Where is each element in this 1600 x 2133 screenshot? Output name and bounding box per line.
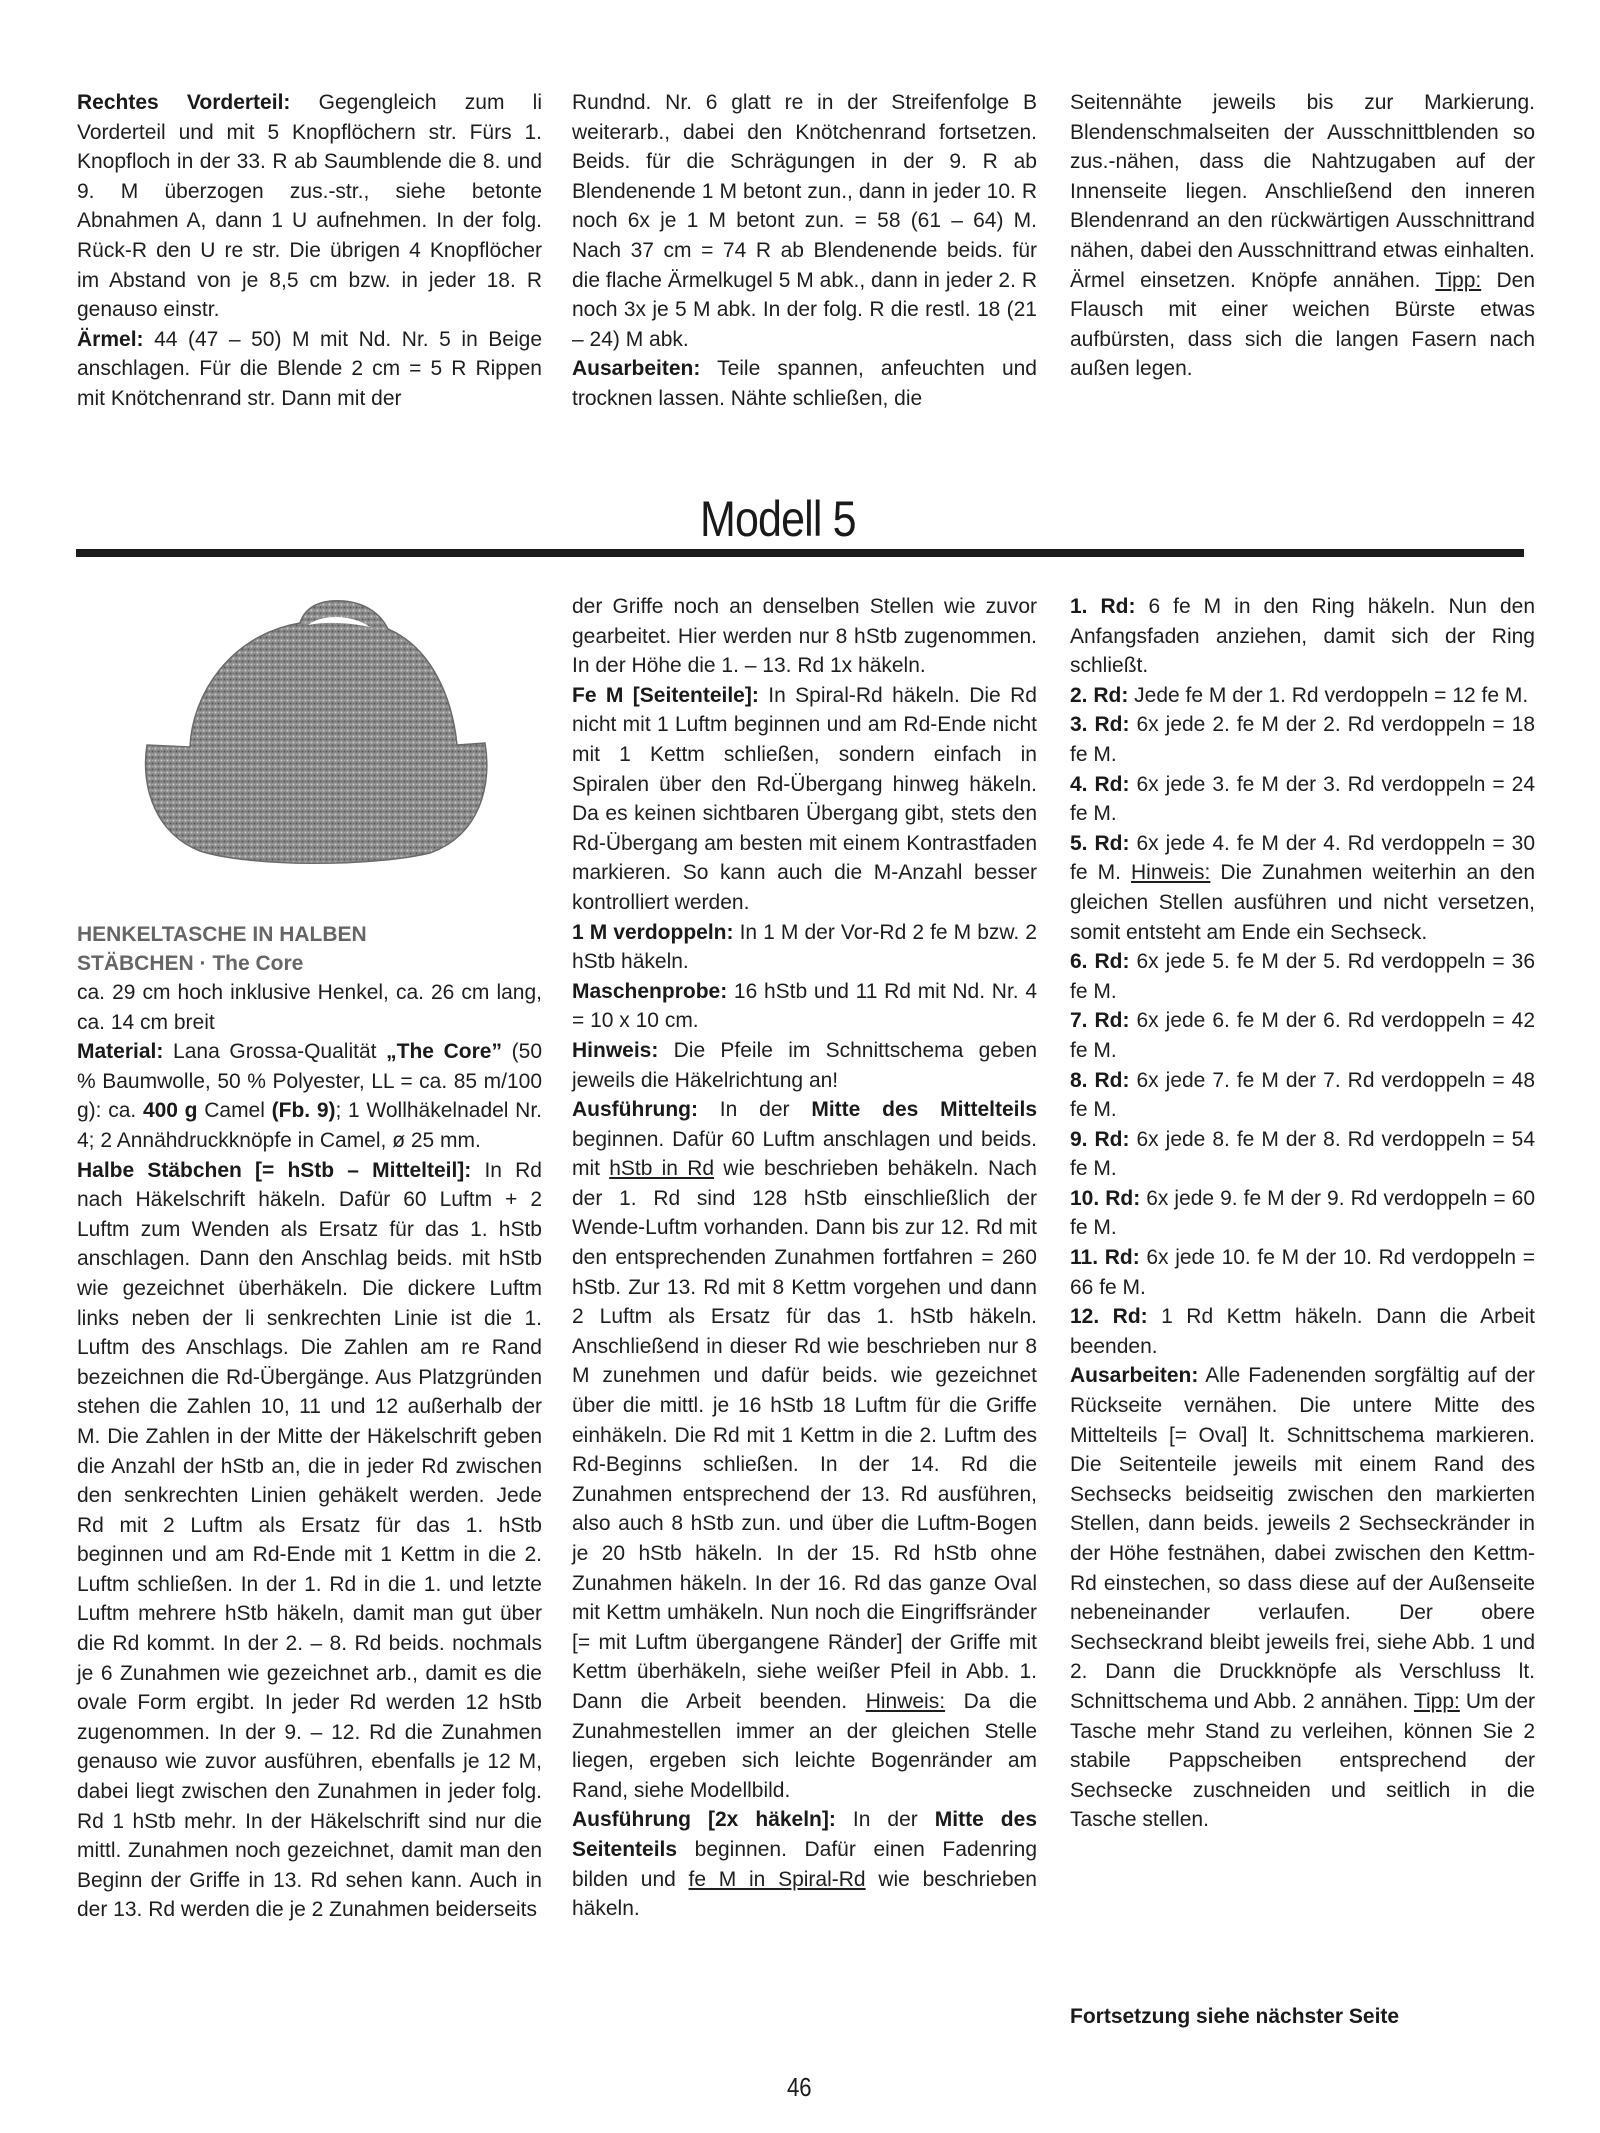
- text: Lana Grossa-Qualität: [163, 1040, 386, 1063]
- text: Jede fe M der 1. Rd verdoppeln = 12 fe M…: [1128, 684, 1528, 707]
- page-number: 46: [787, 2072, 812, 2103]
- label: Material:: [77, 1040, 163, 1063]
- label: Ausführung [2x häkeln]:: [572, 1808, 836, 1831]
- paragraph-halbe-staebchen: Halbe Stäbchen [= hStb – Mittelteil]: In…: [77, 1156, 542, 1925]
- heading-line-1: HENKELTASCHE IN HALBEN: [77, 920, 542, 949]
- emphasis: Mitte des Mittelteils: [811, 1098, 1037, 1121]
- text: 6x jede 9. fe M der 9. Rd verdoppeln = 6…: [1070, 1187, 1535, 1240]
- text: 6x jede 8. fe M der 8. Rd verdoppeln = 5…: [1070, 1128, 1535, 1181]
- paragraph-ausarbeiten-final: Ausarbeiten: Alle Fadenenden sorgfältig …: [1070, 1361, 1535, 1835]
- heading-line-2: STÄBCHEN · The Core: [77, 949, 542, 978]
- top-middle-column: Rundnd. Nr. 6 glatt re in der Streifenfo…: [572, 88, 1037, 414]
- text: 6 fe M in den Ring häkeln. Nun den Anfan…: [1070, 595, 1535, 677]
- text: 6x jede 5. fe M der 5. Rd verdoppeln = 3…: [1070, 950, 1535, 1003]
- label: Ausführung:: [572, 1098, 698, 1121]
- label: Fe M [Seitenteile]:: [572, 684, 759, 707]
- paragraph-aermel-cont: Rundnd. Nr. 6 glatt re in der Streifenfo…: [572, 88, 1037, 354]
- round-label: 6. Rd:: [1070, 950, 1130, 973]
- page-title: Modell 5: [700, 490, 856, 548]
- text: 6x jede 3. fe M der 3. Rd verdoppeln = 2…: [1070, 773, 1535, 826]
- label: Halbe Stäbchen [= hStb – Mittelteil]:: [77, 1159, 471, 1182]
- paragraph-hinweis: Hinweis: Die Pfeile im Schnittschema ge­…: [572, 1036, 1037, 1095]
- round-label: 4. Rd:: [1070, 773, 1130, 796]
- top-left-column: Rechtes Vorderteil: Gegengleich zum li V…: [77, 88, 542, 414]
- round-label: 1. Rd:: [1070, 595, 1136, 618]
- top-right-column: Seitennähte jeweils bis zur Markierung. …: [1070, 88, 1535, 384]
- paragraph-rechtes-vorderteil: Rechtes Vorderteil: Gegengleich zum li V…: [77, 88, 542, 325]
- label: Ärmel:: [77, 328, 144, 351]
- round-label: 12. Rd:: [1070, 1305, 1148, 1328]
- cross-reference: hStb in Rd: [609, 1157, 714, 1180]
- round-5: 5. Rd: 6x jede 4. fe M der 4. Rd verdopp…: [1070, 829, 1535, 947]
- label: Rechtes Vorderteil:: [77, 91, 290, 114]
- note-label: Hinweis:: [1131, 861, 1210, 884]
- text: In der: [698, 1098, 811, 1121]
- round-label: 5. Rd:: [1070, 832, 1130, 855]
- paragraph-ausarbeiten-cont: Seitennähte jeweils bis zur Markierung. …: [1070, 88, 1535, 384]
- round-2: 2. Rd: Jede fe M der 1. Rd verdoppeln = …: [1070, 681, 1535, 711]
- text: Camel: [198, 1099, 272, 1122]
- tip-label: Tipp:: [1435, 269, 1481, 292]
- paragraph-ausarbeiten: Ausarbeiten: Teile spannen, anfeuchten u…: [572, 354, 1037, 413]
- label: Maschenprobe:: [572, 980, 727, 1003]
- round-12: 12. Rd: 1 Rd Kettm häkeln. Dann die Arbe…: [1070, 1302, 1535, 1361]
- paragraph-verdoppeln: 1 M verdoppeln: In 1 M der Vor-Rd 2 fe M…: [572, 918, 1037, 977]
- product-photo-bag: [130, 585, 500, 885]
- left-body-column: ca. 29 cm hoch inklusive Henkel, ca. 26 …: [77, 978, 542, 1925]
- paragraph-aermel: Ärmel: 44 (47 – 50) M mit Nd. Nr. 5 in B…: [77, 325, 542, 414]
- tip-label: Tipp:: [1414, 1690, 1460, 1713]
- text: Alle Fadenenden sorgfältig auf der Rücks…: [1070, 1364, 1535, 1713]
- round-6: 6. Rd: 6x jede 5. fe M der 5. Rd verdopp…: [1070, 947, 1535, 1006]
- round-label: 9. Rd:: [1070, 1128, 1130, 1151]
- text: 6x jede 7. fe M der 7. Rd verdoppeln = 4…: [1070, 1069, 1535, 1122]
- text: In Rd nach Häkelschrift häkeln. Dafür 60…: [77, 1159, 542, 1922]
- round-7: 7. Rd: 6x jede 6. fe M der 6. Rd verdopp…: [1070, 1006, 1535, 1065]
- bag-illustration-icon: [130, 585, 500, 885]
- color-number: (Fb. 9): [272, 1099, 336, 1122]
- round-11: 11. Rd: 6x jede 10. fe M der 10. Rd verd…: [1070, 1243, 1535, 1302]
- right-body-column: 1. Rd: 6 fe M in den Ring häkeln. Nun de…: [1070, 592, 1535, 1835]
- label: 1 M verdoppeln:: [572, 921, 734, 944]
- text: 6x jede 6. fe M der 6. Rd verdoppeln = 4…: [1070, 1009, 1535, 1062]
- text: In Spiral-Rd häkeln. Die Rd nicht mit 1 …: [572, 684, 1037, 914]
- label: Ausarbeiten:: [1070, 1364, 1198, 1387]
- round-label: 8. Rd:: [1070, 1069, 1130, 1092]
- paragraph-fe-m: Fe M [Seitenteile]: In Spiral-Rd häkeln.…: [572, 681, 1037, 918]
- yarn-amount: 400 g: [143, 1099, 198, 1122]
- paragraph-material: Material: Lana Grossa-Qualität „The Core…: [77, 1037, 542, 1155]
- round-1: 1. Rd: 6 fe M in den Ring häkeln. Nun de…: [1070, 592, 1535, 681]
- paragraph-size: ca. 29 cm hoch inklusive Henkel, ca. 26 …: [77, 978, 542, 1037]
- text: Seitennähte jeweils bis zur Markierung. …: [1070, 91, 1535, 292]
- yarn-name: „The Core”: [386, 1040, 502, 1063]
- product-heading: HENKELTASCHE IN HALBEN STÄBCHEN · The Co…: [77, 920, 542, 978]
- round-label: 3. Rd:: [1070, 713, 1130, 736]
- continuation-note: Fortsetzung siehe nächster Seite: [1070, 2005, 1399, 2029]
- round-9: 9. Rd: 6x jede 8. fe M der 8. Rd verdopp…: [1070, 1125, 1535, 1184]
- paragraph-ausfuehrung-2x: Ausführung [2x häkeln]: In der Mitte des…: [572, 1805, 1037, 1923]
- text: 44 (47 – 50) M mit Nd. Nr. 5 in Beige an…: [77, 328, 542, 410]
- round-label: 10. Rd:: [1070, 1187, 1140, 1210]
- text: wie beschrieben be­häkeln. Nach der 1. R…: [572, 1157, 1037, 1713]
- label: Ausarbeiten:: [572, 357, 700, 380]
- note-label: Hinweis:: [866, 1690, 945, 1713]
- round-8: 8. Rd: 6x jede 7. fe M der 7. Rd verdopp…: [1070, 1066, 1535, 1125]
- round-4: 4. Rd: 6x jede 3. fe M der 3. Rd verdopp…: [1070, 770, 1535, 829]
- round-label: 11. Rd:: [1070, 1246, 1140, 1269]
- paragraph-ausfuehrung: Ausführung: In der Mitte des Mittelteils…: [572, 1095, 1037, 1805]
- cross-reference: fe M in Spiral-Rd: [689, 1868, 866, 1891]
- text: 6x jede 2. fe M der 2. Rd verdoppeln = 1…: [1070, 713, 1535, 766]
- label: Hinweis:: [572, 1039, 658, 1062]
- text: 6x jede 10. fe M der 10. Rd verdop­peln …: [1070, 1246, 1535, 1299]
- round-label: 7. Rd:: [1070, 1009, 1130, 1032]
- round-3: 3. Rd: 6x jede 2. fe M der 2. Rd verdopp…: [1070, 710, 1535, 769]
- paragraph-griffe: der Griffe noch an denselben Stellen wie…: [572, 592, 1037, 681]
- text: Gegengleich zum li Vorderteil und mit 5 …: [77, 91, 542, 321]
- paragraph-maschenprobe: Maschenprobe: 16 hStb und 11 Rd mit Nd. …: [572, 977, 1037, 1036]
- title-divider: [76, 549, 1524, 557]
- round-label: 2. Rd:: [1070, 684, 1128, 707]
- text: Rundnd. Nr. 6 glatt re in der Streifenfo…: [572, 91, 1037, 351]
- round-10: 10. Rd: 6x jede 9. fe M der 9. Rd verdop…: [1070, 1184, 1535, 1243]
- middle-body-column: der Griffe noch an denselben Stellen wie…: [572, 592, 1037, 1924]
- text: In der: [836, 1808, 935, 1831]
